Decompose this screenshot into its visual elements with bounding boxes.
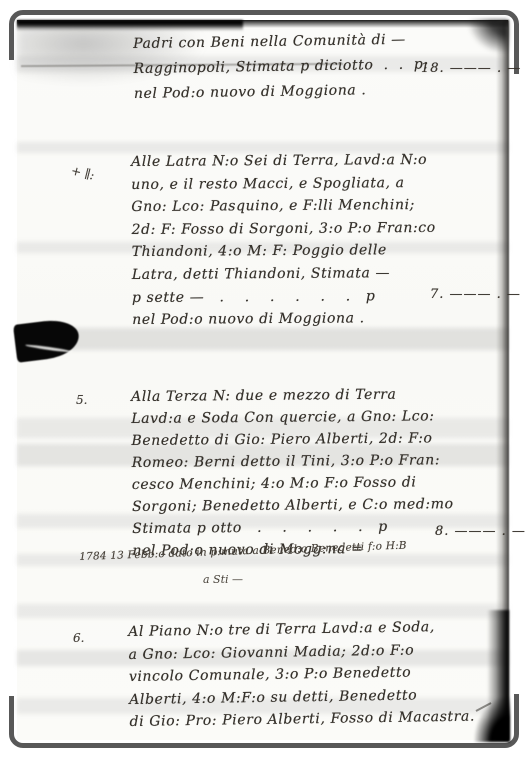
entry-line: p sette — . . . . . . p — [132, 284, 436, 309]
page-corner-shadow-top — [468, 20, 508, 54]
scan-band — [17, 328, 508, 350]
ledger-entry-2: Alle Latra N:o Sei di Terra, Lavd:a N:o … — [131, 149, 436, 332]
entry-line: Alla Terza N: due e mezzo di Terra — [131, 383, 453, 408]
ledger-entry-3: Alla Terza N: due e mezzo di Terra Lavd:… — [131, 383, 454, 562]
entry-line: Sorgoni; Benedetto Alberti, e C:o med:mo — [132, 493, 454, 518]
entry-line: uno, e il resto Macci, e Spogliata, a — [131, 171, 435, 196]
entry-line: Lavd:a e Soda Con quercie, a Gno: Lco: — [131, 405, 453, 430]
amount-value: 18. ——— . — — [421, 61, 521, 76]
entry-line: nel Pod:o nuovo di Moggiona . — [134, 77, 430, 107]
ledger-entry-4: Al Piano N:o tre di Terra Lavd:a e Soda,… — [128, 616, 475, 734]
ink-blot — [13, 317, 81, 363]
page-corner-shadow-bottom — [474, 696, 510, 742]
entry-line: di Gio: Pro: Piero Alberti, Fosso di Mac… — [129, 706, 475, 734]
amount-value: 8. ——— . — — [435, 524, 526, 539]
page-overlap-left — [0, 60, 18, 696]
margin-mark: 6. — [73, 631, 84, 645]
ledger-entry-1: Padri con Beni nella Comunità di — Raggi… — [133, 27, 429, 107]
scanned-manuscript-page: Padri con Beni nella Comunità di — Raggi… — [17, 20, 508, 740]
annotation-addendum: a Sti — — [203, 573, 243, 586]
entry-line: Benedetto di Gio: Piero Alberti, 2d: F:o — [131, 427, 453, 452]
margin-mark: 5. — [76, 393, 87, 407]
entry-line: Stimata p otto . . . . . p — [132, 515, 454, 540]
entry-line: Ragginopoli, Stimata p diciotto . . p: — [133, 52, 429, 82]
screenshot-canvas: Padri con Beni nella Comunità di — Raggi… — [0, 0, 526, 760]
amount-value: 7. ——— . — — [430, 287, 521, 302]
entry-line: 2d: F: Fosso di Sorgoni, 3:o P:o Fran:co — [131, 217, 435, 242]
entry-line: Latra, detti Thiandoni, Stimata — — [132, 262, 436, 287]
entry-line: cesco Menchini; 4:o M:o F:o Fosso di — [132, 471, 454, 496]
entry-line: Romeo: Berni detto il Tini, 3:o P:o Fran… — [132, 449, 454, 474]
entry-line: Thiandoni, 4:o M: F: Poggio delle — [132, 239, 436, 264]
margin-mark: + ∥: — [70, 163, 96, 182]
entry-line: Alle Latra N:o Sei di Terra, Lavd:a N:o — [131, 149, 435, 174]
entry-line: nel Pod:o nuovo di Moggiona . — [132, 307, 436, 332]
entry-line: Gno: Lco: Pasquino, e F:lli Menchini; — [131, 194, 435, 219]
page-top-edge-dark — [17, 20, 243, 31]
